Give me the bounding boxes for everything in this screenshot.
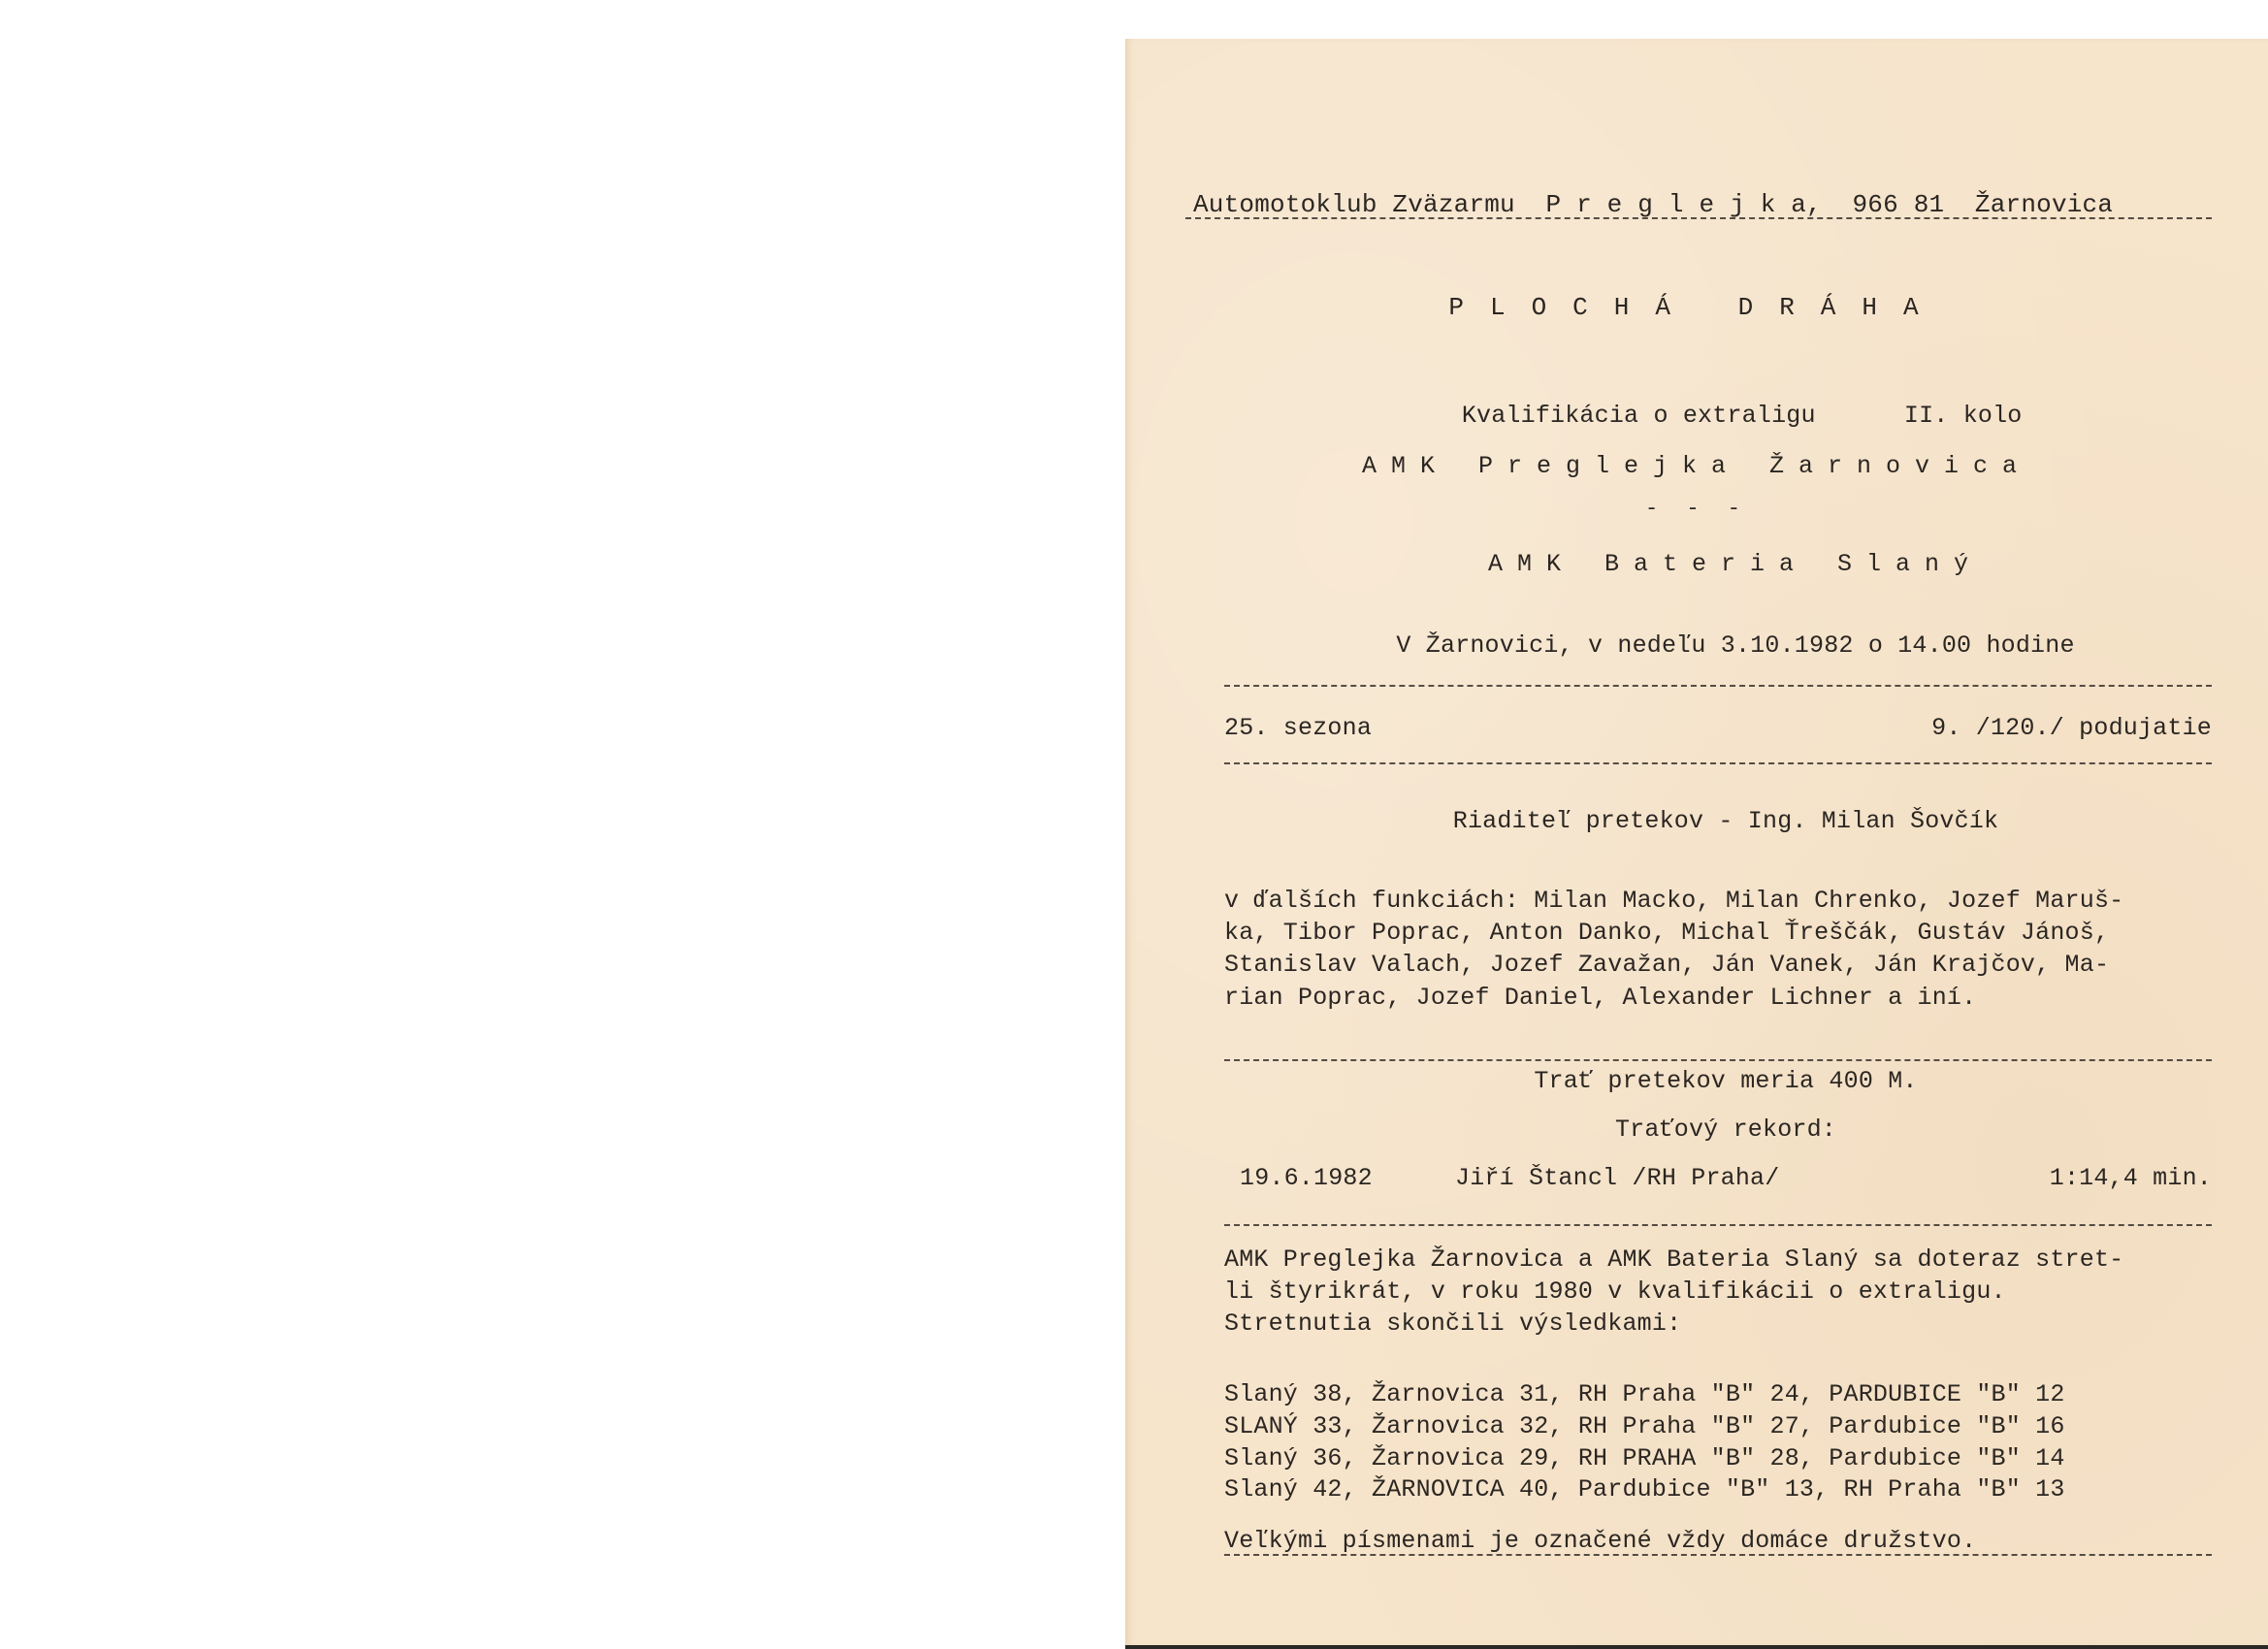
officials-line: ka, Tibor Poprac, Anton Danko, Michal Ťr… (1224, 919, 2109, 948)
club-header: Automotoklub Zväzarmu P r e g l e j k a,… (1193, 190, 2113, 219)
versus-separator: - - - (1125, 495, 2268, 524)
scan-bottom-edge (1125, 1645, 2268, 1649)
race-director: Riaditeľ pretekov - Ing. Milan Šovčík (1125, 807, 2268, 836)
event-title: PLOCHÁ DRÁHA (1125, 293, 2268, 322)
header-underline (1185, 217, 2212, 219)
footnote: Veľkými písmenami je označené vždy domác… (1224, 1527, 1976, 1556)
result-row: Slaný 38, Žarnovica 31, RH Praha "B" 24,… (1224, 1380, 2065, 1409)
subtitle-gap (1816, 402, 1904, 430)
event-subtitle: Kvalifikácia o extraligu II. kolo (1403, 372, 2023, 460)
history-line: AMK Preglejka Žarnovica a AMK Bateria Sl… (1224, 1245, 2123, 1275)
document-page: Automotoklub Zväzarmu P r e g l e j k a,… (1125, 39, 2268, 1645)
home-team: AMK Preglejka Žarnovica (1125, 452, 2268, 481)
footnote-underline (1224, 1554, 2212, 1556)
result-row: Slaný 36, Žarnovica 29, RH PRAHA "B" 28,… (1224, 1444, 2065, 1473)
history-line: li štyrikrát, v roku 1980 v kvalifikácii… (1224, 1277, 2006, 1307)
qualification-label: Kvalifikácia o extraligu (1462, 402, 1816, 430)
separator-rule-2 (1224, 762, 2212, 764)
result-row: Slaný 42, ŽARNOVICA 40, Pardubice "B" 13… (1224, 1475, 2065, 1504)
result-row: SLANÝ 33, Žarnovica 32, RH Praha "B" 27,… (1224, 1412, 2065, 1441)
event-number: 9. /120./ podujatie (1931, 714, 2212, 743)
track-record-date: 19.6.1982 (1240, 1164, 1373, 1193)
separator-rule-3 (1224, 1059, 2212, 1061)
officials-line: v ďalších funkciách: Milan Macko, Milan … (1224, 887, 2123, 916)
separator-rule-4 (1224, 1224, 2212, 1226)
track-record-time: 1:14,4 min. (2050, 1164, 2212, 1193)
track-record-rider: Jiří Štancl /RH Praha/ (1455, 1164, 1779, 1193)
season-label: 25. sezona (1224, 714, 1372, 743)
away-team: AMK Bateria Slaný (1125, 550, 2268, 579)
separator-rule-1 (1224, 685, 2212, 687)
officials-line: Stanislav Valach, Jozef Zavažan, Ján Van… (1224, 951, 2109, 980)
officials-line: rian Poprac, Jozef Daniel, Alexander Lic… (1224, 984, 1976, 1013)
round-label: II. kolo (1904, 402, 2023, 430)
track-record-label: Traťový rekord: (1125, 1115, 2268, 1145)
track-length: Trať pretekov meria 400 M. (1125, 1067, 2268, 1096)
date-location: V Žarnovici, v nedeľu 3.10.1982 o 14.00 … (1125, 631, 2268, 661)
history-line: Stretnutia skončili výsledkami: (1224, 1309, 1681, 1339)
